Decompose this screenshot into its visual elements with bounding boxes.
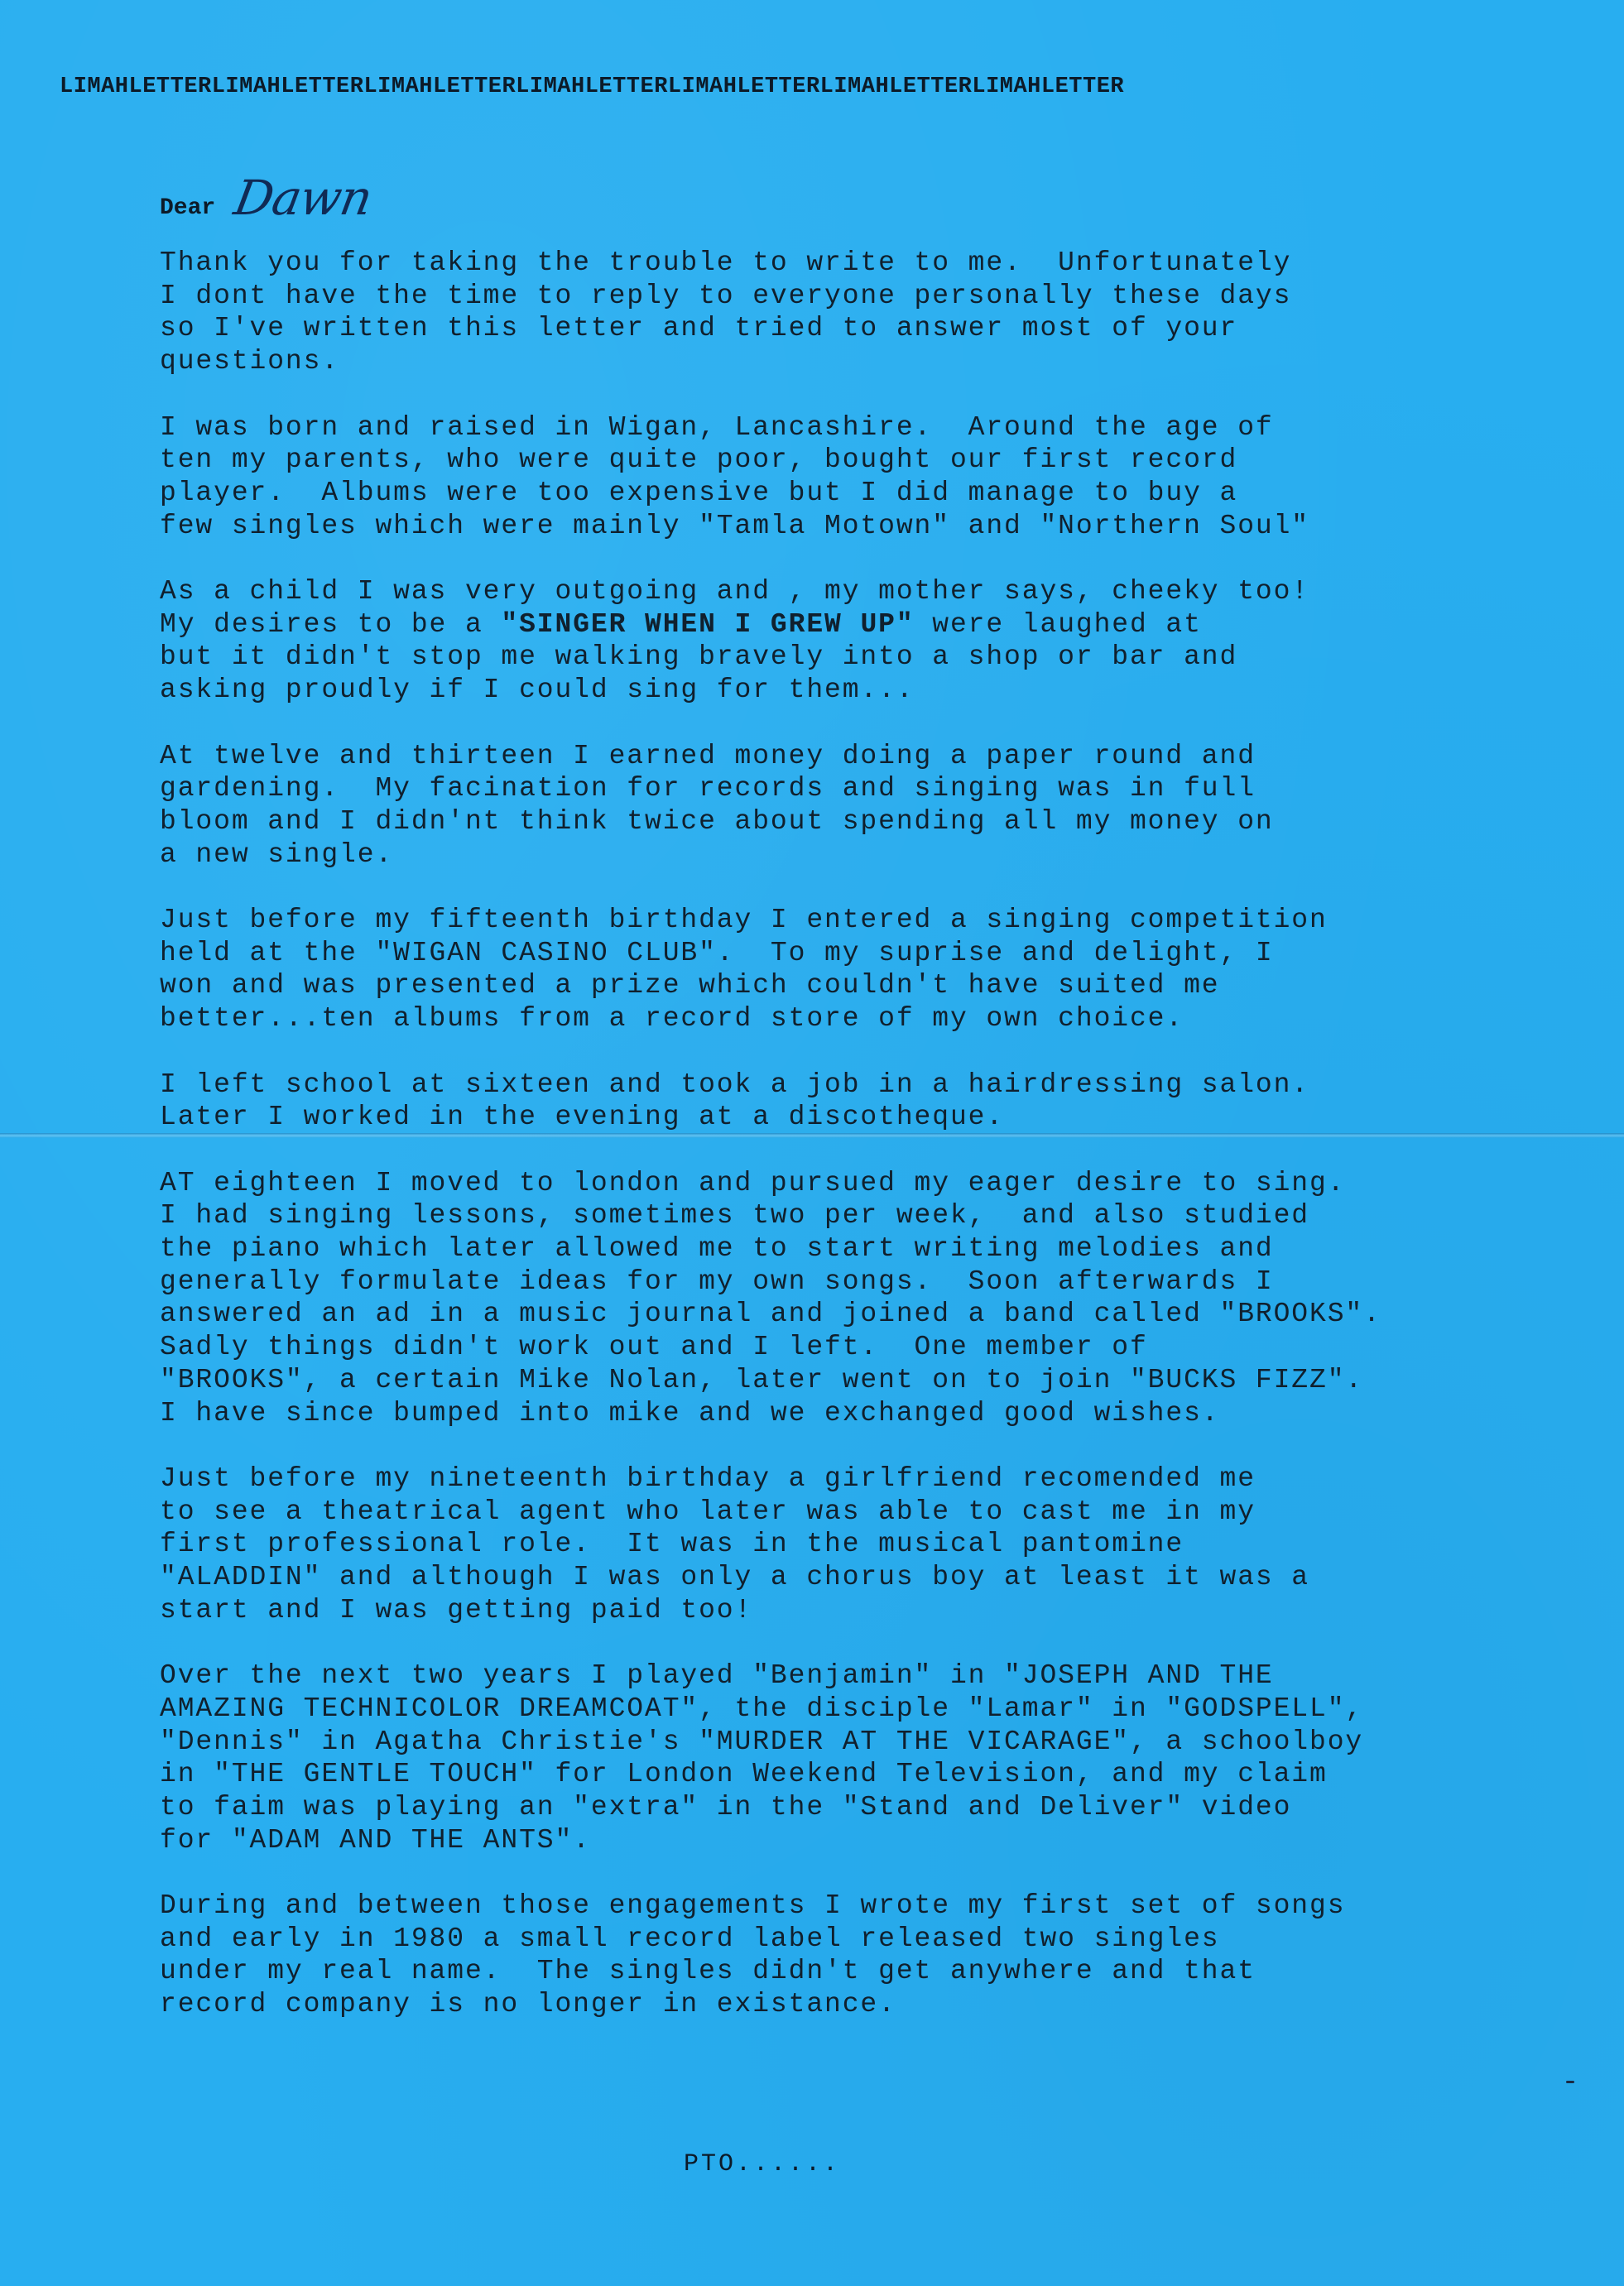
text-line: At twelve and thirteen I earned money do… (160, 740, 1550, 773)
text-line: asking proudly if I could sing for them.… (160, 674, 1550, 707)
paragraph-first-singles: During and between those engagements I w… (160, 1890, 1550, 2021)
text-line: won and was presented a prize which coul… (160, 969, 1550, 1002)
paragraph-acting-roles: Over the next two years I played "Benjam… (160, 1659, 1550, 1856)
text-line: AT eighteen I moved to london and pursue… (160, 1167, 1550, 1200)
text-line: I was born and raised in Wigan, Lancashi… (160, 411, 1550, 444)
text-line: start and I was getting paid too! (160, 1594, 1550, 1627)
text-line: Over the next two years I played "Benjam… (160, 1659, 1550, 1693)
text-line: so I've written this letter and tried to… (160, 312, 1550, 345)
ink-speck (1566, 2081, 1574, 2083)
paragraph-london-brooks: AT eighteen I moved to london and pursue… (160, 1167, 1550, 1430)
text-line: bloom and I didn'nt think twice about sp… (160, 805, 1550, 838)
text-line: I dont have the time to reply to everyon… (160, 280, 1550, 313)
text-line: During and between those engagements I w… (160, 1890, 1550, 1923)
emphasized-phrase: "SINGER WHEN I GREW UP" (501, 609, 914, 640)
text-line: record company is no longer in existance… (160, 1988, 1550, 2021)
text-line: but it didn't stop me walking bravely in… (160, 641, 1550, 674)
salutation-dear: Dear (160, 195, 215, 221)
text-line: I left school at sixteen and took a job … (160, 1069, 1550, 1102)
letterhead-banner: LIMAHLETTERLIMAHLETTERLIMAHLETTERLIMAHLE… (60, 74, 1124, 99)
salutation: Dear Dawn (160, 170, 371, 221)
paragraph-aladdin: Just before my nineteenth birthday a gir… (160, 1462, 1550, 1627)
paragraph-outgoing-child: As a child I was very outgoing and , my … (160, 575, 1550, 707)
text-line: I have since bumped into mike and we exc… (160, 1397, 1550, 1430)
paragraph-intro: Thank you for taking the trouble to writ… (160, 247, 1550, 378)
text-line: held at the "WIGAN CASINO CLUB". To my s… (160, 937, 1550, 970)
text-line: first professional role. It was in the m… (160, 1528, 1550, 1561)
text-line: under my real name. The singles didn't g… (160, 1955, 1550, 1988)
text-line: answered an ad in a music journal and jo… (160, 1298, 1550, 1331)
paragraph-childhood-wigan: I was born and raised in Wigan, Lancashi… (160, 411, 1550, 543)
text-line: generally formulate ideas for my own son… (160, 1265, 1550, 1299)
text-line: in "THE GENTLE TOUCH" for London Weekend… (160, 1758, 1550, 1791)
text-segment: My desires to be a (160, 609, 501, 640)
text-line: Sadly things didn't work out and I left.… (160, 1331, 1550, 1364)
text-line: As a child I was very outgoing and , my … (160, 575, 1550, 608)
paragraph-paper-round: At twelve and thirteen I earned money do… (160, 740, 1550, 872)
text-line: questions. (160, 345, 1550, 378)
text-line: for "ADAM AND THE ANTS". (160, 1824, 1550, 1857)
handwritten-recipient-name: Dawn (230, 170, 376, 226)
text-line: the piano which later allowed me to star… (160, 1232, 1550, 1265)
text-line: "Dennis" in Agatha Christie's "MURDER AT… (160, 1726, 1550, 1759)
please-turn-over-note: PTO...... (684, 2150, 840, 2178)
paragraph-left-school: I left school at sixteen and took a job … (160, 1069, 1550, 1134)
text-line: to faim was playing an "extra" in the "S… (160, 1791, 1550, 1824)
text-line: "ALADDIN" and although I was only a chor… (160, 1561, 1550, 1594)
text-line: Just before my fifteenth birthday I ente… (160, 904, 1550, 937)
text-line: to see a theatrical agent who later was … (160, 1496, 1550, 1529)
text-line: ten my parents, who were quite poor, bou… (160, 444, 1550, 477)
text-line: and early in 1980 a small record label r… (160, 1923, 1550, 1956)
text-line: player. Albums were too expensive but I … (160, 477, 1550, 510)
letter-body: Thank you for taking the trouble to writ… (160, 247, 1550, 2054)
text-line: Thank you for taking the trouble to writ… (160, 247, 1550, 280)
text-line: AMAZING TECHNICOLOR DREAMCOAT", the disc… (160, 1693, 1550, 1726)
text-line: Just before my nineteenth birthday a gir… (160, 1462, 1550, 1496)
text-segment: were laughed at (915, 609, 1202, 640)
text-line: gardening. My facination for records and… (160, 772, 1550, 805)
text-line: I had singing lessons, sometimes two per… (160, 1199, 1550, 1232)
text-line: Later I worked in the evening at a disco… (160, 1101, 1550, 1134)
text-line: a new single. (160, 838, 1550, 872)
text-line-with-emphasis: My desires to be a "SINGER WHEN I GREW U… (160, 608, 1550, 641)
paragraph-singing-competition: Just before my fifteenth birthday I ente… (160, 904, 1550, 1035)
text-line: better...ten albums from a record store … (160, 1002, 1550, 1035)
text-line: "BROOKS", a certain Mike Nolan, later we… (160, 1364, 1550, 1397)
text-line: few singles which were mainly "Tamla Mot… (160, 510, 1550, 543)
